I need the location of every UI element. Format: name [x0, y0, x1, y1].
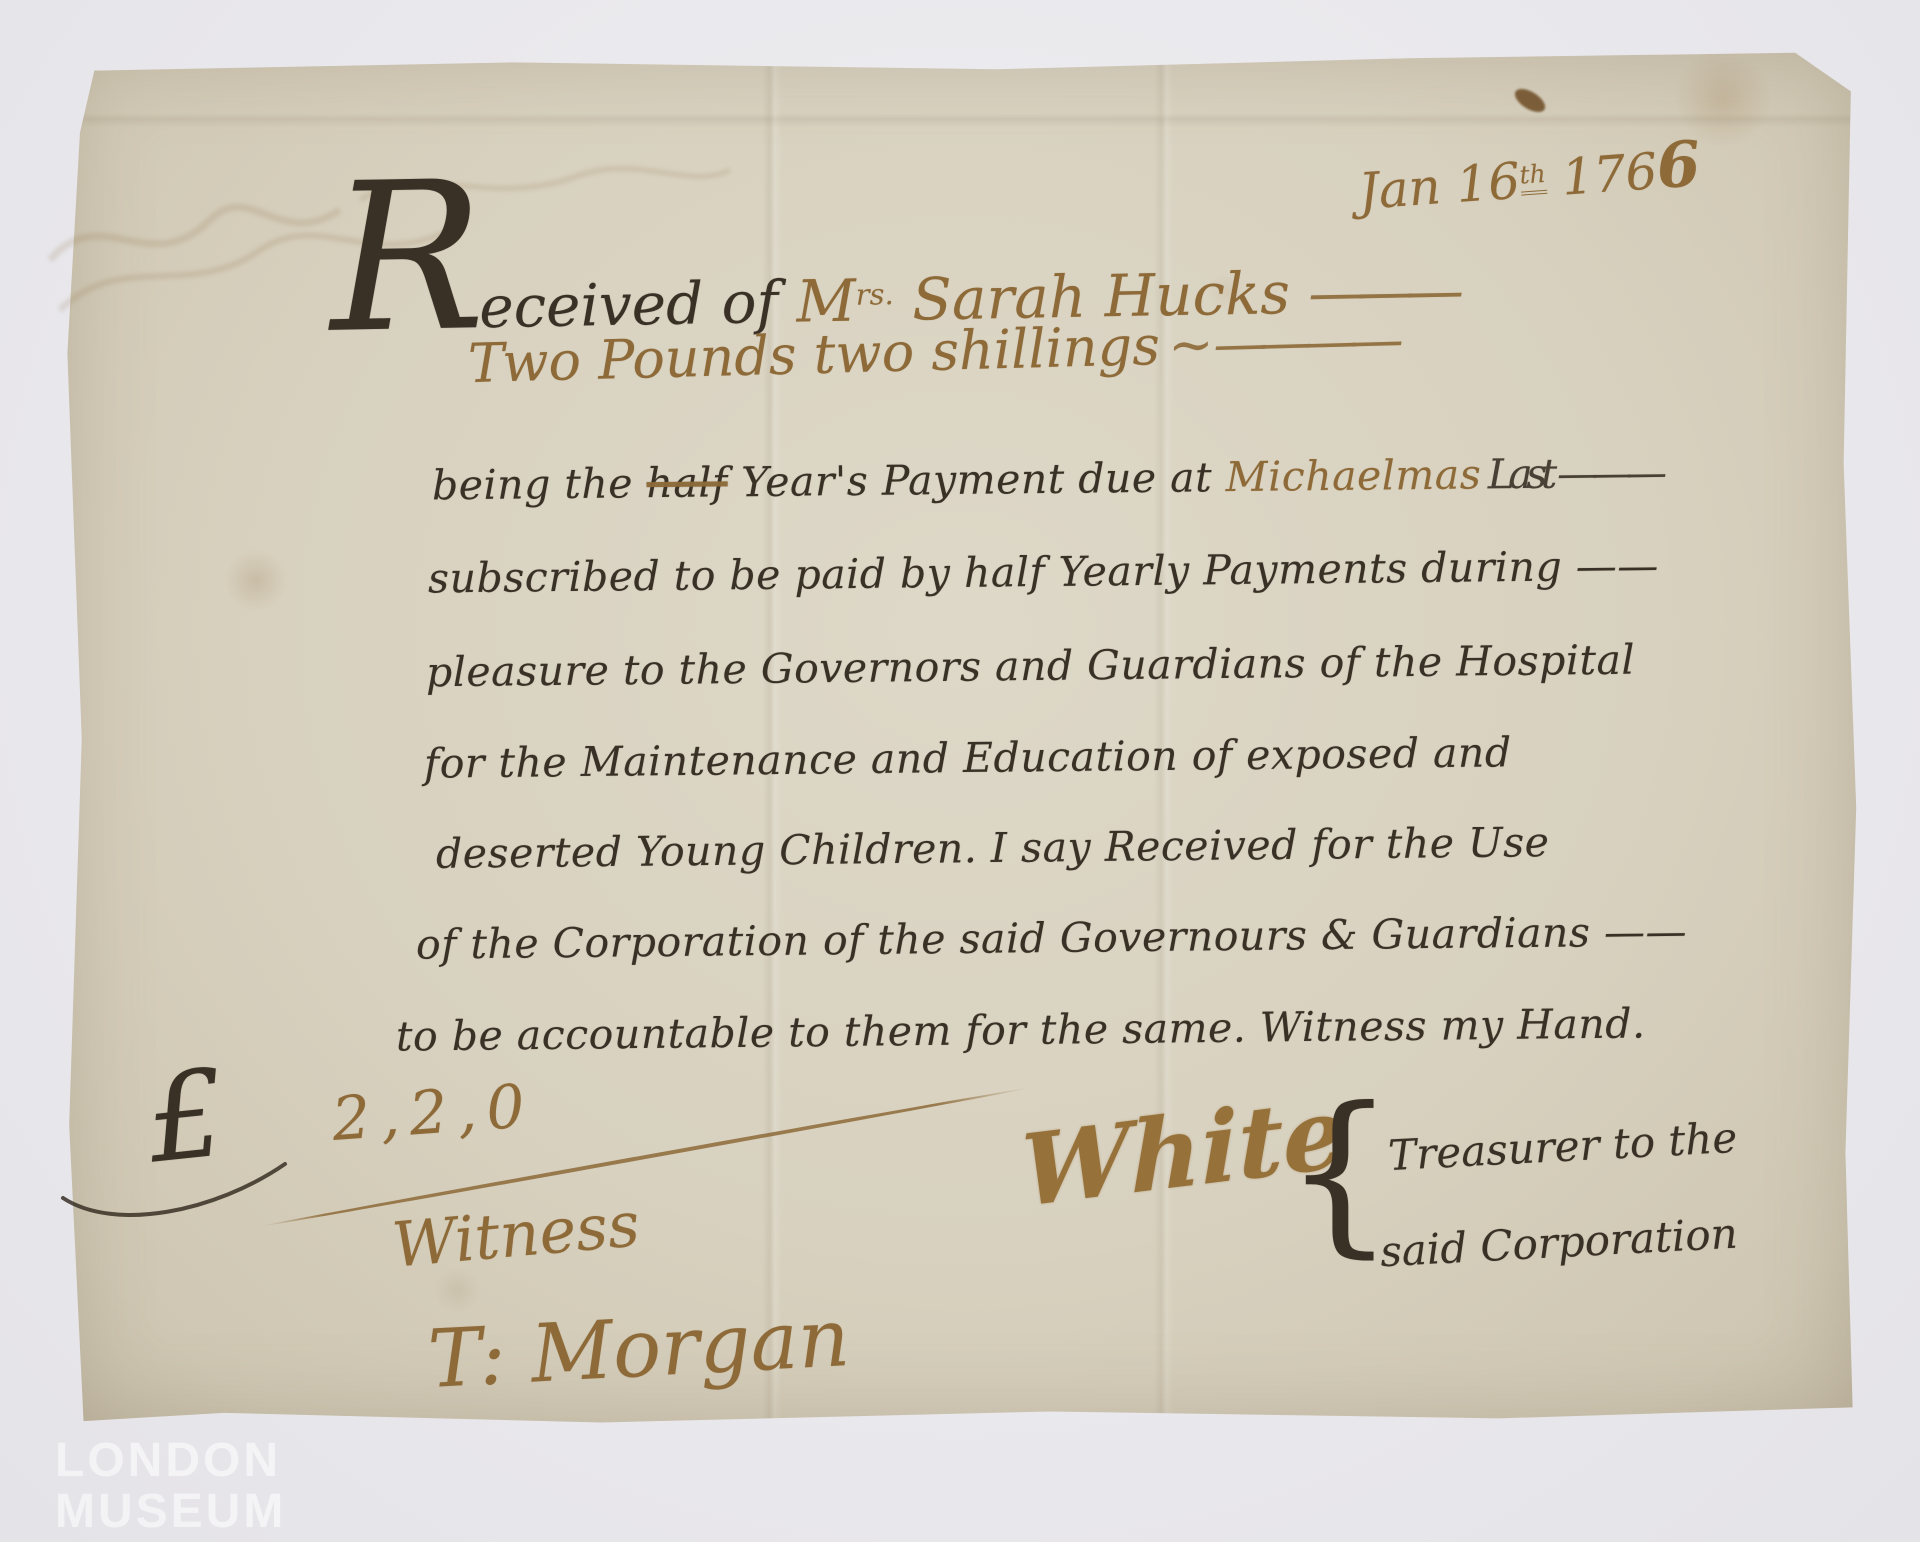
museum-photograph: Jan 16th 1766 Received of Mrs. Sarah Huc… [0, 0, 1920, 1542]
date-ordinal: th [1519, 159, 1548, 196]
ornate-initial-capital: R [328, 138, 480, 379]
watermark-line-1: LONDON [55, 1436, 286, 1487]
body-line-1-text: being the [432, 459, 647, 509]
date-year-last-digit: 6 [1654, 126, 1703, 203]
amount-figures: 2,2,0 [330, 1071, 537, 1155]
curly-brace: { [1284, 1068, 1395, 1278]
body-line-1-text-b: Year's Payment due at [727, 453, 1225, 506]
payer-name-superscript: rs. [855, 277, 894, 312]
amount-words-flourish: ~ ———— [1159, 308, 1396, 377]
pound-sign-swash [55, 1150, 355, 1240]
inserted-word-michaelmas: Michaelmas [1225, 450, 1481, 501]
watermark-line-2: MUSEUM [55, 1487, 286, 1538]
date-year: 176 [1560, 142, 1659, 207]
body-line-1-text-c: Last ——— [1481, 449, 1661, 499]
struck-word-half: half [646, 458, 728, 507]
museum-watermark: LONDON MUSEUM [55, 1436, 286, 1538]
